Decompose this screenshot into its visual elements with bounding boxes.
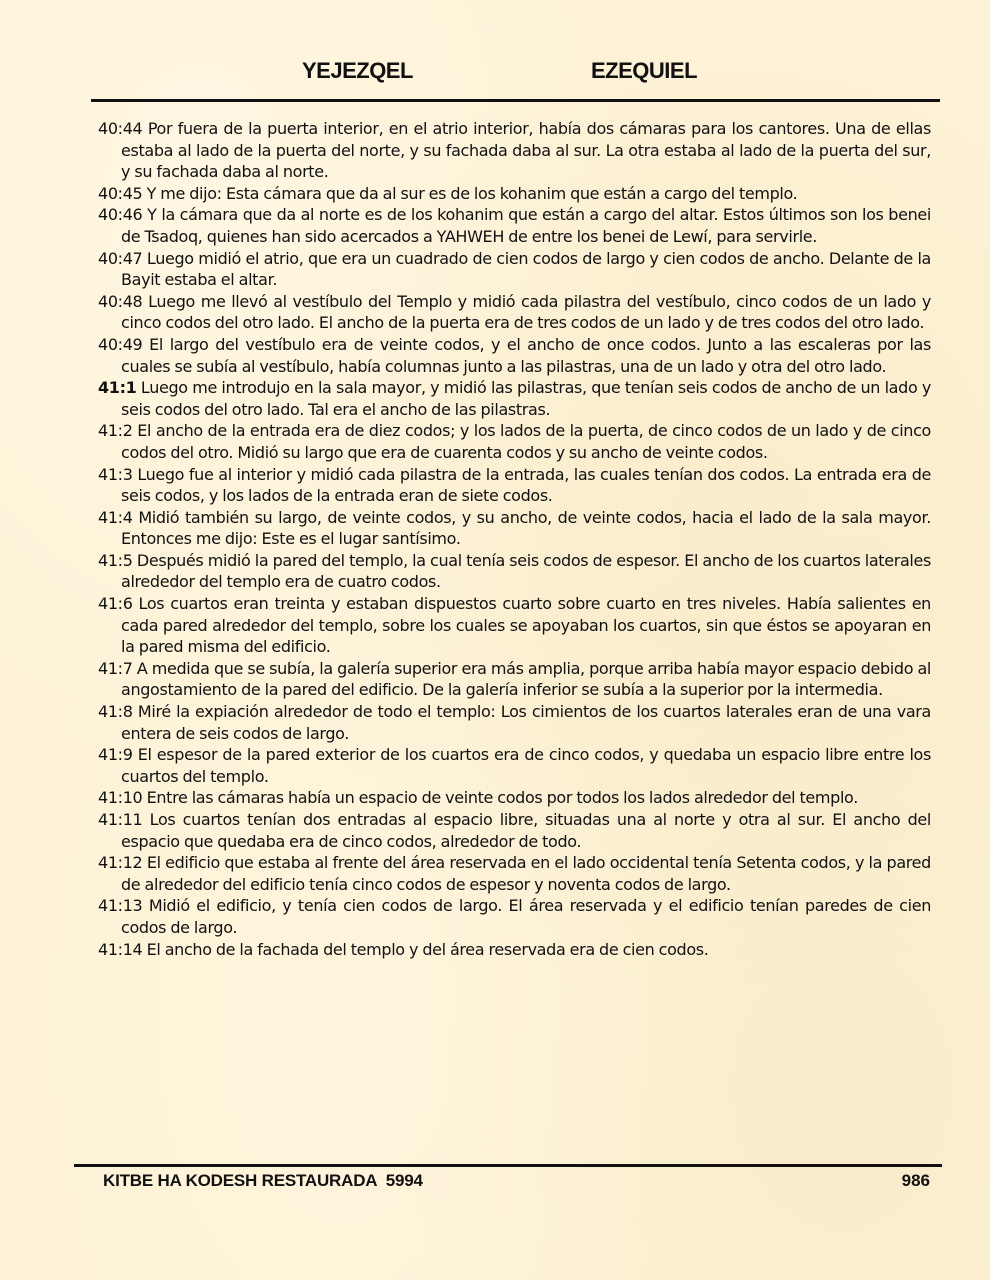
verse: 41:12 El edificio que estaba al frente d… [98, 852, 931, 895]
verse: 40:47 Luego midió el atrio, que era un c… [98, 248, 931, 291]
verse-text: Entre las cámaras había un espacio de ve… [147, 788, 858, 807]
verse: 40:49 El largo del vestíbulo era de vein… [98, 334, 931, 377]
verse: 41:3 Luego fue al interior y midió cada … [98, 464, 931, 507]
verse-text: Miré la expiación alrededor de todo el t… [121, 702, 931, 743]
verse-text: A medida que se subía, la galería superi… [121, 659, 931, 700]
verse: 41:10 Entre las cámaras había un espacio… [98, 787, 931, 809]
verse-text: El edificio que estaba al frente del áre… [121, 853, 931, 894]
verse: 41:9 El espesor de la pared exterior de … [98, 744, 931, 787]
verse-reference: 41:1 [98, 378, 136, 397]
verse: 41:8 Miré la expiación alrededor de todo… [98, 701, 931, 744]
verse-text: Luego me introdujo en la sala mayor, y m… [121, 378, 931, 419]
verse-text: Los cuartos tenían dos entradas al espac… [121, 810, 931, 851]
verse-reference: 41:2 [98, 421, 133, 440]
verse-reference: 40:45 [98, 184, 142, 203]
verse: 40:45 Y me dijo: Esta cámara que da al s… [98, 183, 931, 205]
verse: 41:14 El ancho de la fachada del templo … [98, 939, 931, 961]
verse-reference: 41:11 [98, 810, 142, 829]
footer-book-title: KITBE HA KODESH RESTAURADA 5994 [103, 1171, 423, 1191]
verse-reference: 40:49 [98, 335, 142, 354]
verse-text: Los cuartos eran treinta y estaban dispu… [121, 594, 931, 656]
verse-reference: 41:14 [98, 940, 142, 959]
verse: 40:46 Y la cámara que da al norte es de … [98, 204, 931, 247]
verse-reference: 41:5 [98, 551, 133, 570]
verse-text: Luego me llevó al vestíbulo del Templo y… [121, 292, 931, 333]
verse-text: El largo del vestíbulo era de veinte cod… [121, 335, 931, 376]
verse-text: Y la cámara que da al norte es de los ko… [121, 205, 931, 246]
header-title-spanish: EZEQUIEL [591, 58, 697, 84]
verse-reference: 40:47 [98, 249, 142, 268]
verse-reference: 41:9 [98, 745, 133, 764]
verse-reference: 41:7 [98, 659, 133, 678]
verse-reference: 41:4 [98, 508, 133, 527]
verse-text: Luego fue al interior y midió cada pilas… [121, 465, 931, 506]
verse-text: Y me dijo: Esta cámara que da al sur es … [147, 184, 798, 203]
verse-reference: 40:44 [98, 119, 142, 138]
verse: 41:7 A medida que se subía, la galería s… [98, 658, 931, 701]
page-number: 986 [902, 1171, 930, 1191]
verse: 41:11 Los cuartos tenían dos entradas al… [98, 809, 931, 852]
scripture-text: 40:44 Por fuera de la puerta interior, e… [98, 118, 931, 960]
verse: 41:4 Midió también su largo, de veinte c… [98, 507, 931, 550]
verse-text: El espesor de la pared exterior de los c… [121, 745, 931, 786]
verse-reference: 41:12 [98, 853, 142, 872]
verse-reference: 41:8 [98, 702, 133, 721]
verse: 41:6 Los cuartos eran treinta y estaban … [98, 593, 931, 658]
verse-text: El ancho de la fachada del templo y del … [147, 940, 709, 959]
verse: 40:44 Por fuera de la puerta interior, e… [98, 118, 931, 183]
header-divider [91, 99, 940, 102]
verse-text: Midió el edificio, y tenía cien codos de… [121, 896, 931, 937]
page-header: YEJEZQEL EZEQUIEL [0, 58, 990, 88]
verse-text: Después midió la pared del templo, la cu… [121, 551, 931, 592]
header-title-hebrew: YEJEZQEL [302, 58, 413, 84]
verse: 41:5 Después midió la pared del templo, … [98, 550, 931, 593]
verse-text: Midió también su largo, de veinte codos,… [121, 508, 931, 549]
verse-reference: 41:6 [98, 594, 133, 613]
footer-divider [74, 1164, 942, 1167]
verse-reference: 41:10 [98, 788, 142, 807]
verse: 40:48 Luego me llevó al vestíbulo del Te… [98, 291, 931, 334]
verse-reference: 40:46 [98, 205, 142, 224]
verse-reference: 41:3 [98, 465, 133, 484]
verse: 41:13 Midió el edificio, y tenía cien co… [98, 895, 931, 938]
verse: 41:2 El ancho de la entrada era de diez … [98, 420, 931, 463]
verse-reference: 41:13 [98, 896, 142, 915]
verse-text: Luego midió el atrio, que era un cuadrad… [121, 249, 931, 290]
verse-reference: 40:48 [98, 292, 142, 311]
verse-text: Por fuera de la puerta interior, en el a… [121, 119, 931, 181]
verse: 41:1 Luego me introdujo en la sala mayor… [98, 377, 931, 420]
verse-text: El ancho de la entrada era de diez codos… [121, 421, 931, 462]
